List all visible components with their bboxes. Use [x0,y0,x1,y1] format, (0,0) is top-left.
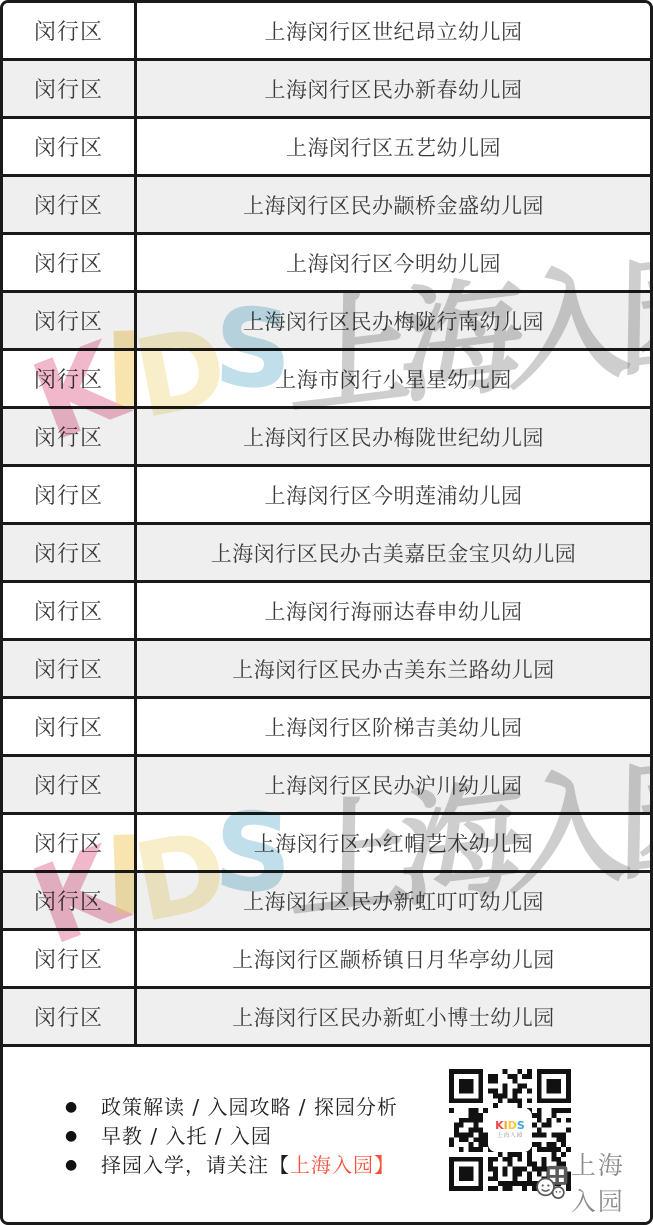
table-row: 闵行区上海市闵行小星星幼儿园 [3,351,650,409]
qr-logo-text: 上海入园 [497,1132,523,1140]
district-cell: 闵行区 [3,699,137,754]
bullet-text: 择园入学，请关注【上海入园】 [101,1151,395,1180]
bullet-item-topics: ● 政策解读 / 入园攻略 / 探园分析 [65,1093,398,1122]
bullet-dot-icon: ● [65,1093,87,1122]
table-row: 闵行区上海闵行区民办颛桥金盛幼儿园 [3,177,650,235]
district-cell: 闵行区 [3,351,137,406]
kindergarten-name-cell: 上海闵行区民办新虹小博士幼儿园 [137,989,650,1044]
wechat-logo-text: 上海入园 [571,1146,650,1218]
table-row: 闵行区上海闵行区世纪昂立幼儿园 [3,3,650,61]
qr-kids-logo: KIDS [495,1120,525,1132]
district-cell: 闵行区 [3,235,137,290]
kindergarten-name-cell: 上海闵行区民办梅陇行南幼儿园 [137,293,650,348]
wechat-bubbles-icon [535,1159,569,1205]
kindergarten-name-cell: 上海市闵行小星星幼儿园 [137,351,650,406]
district-cell: 闵行区 [3,583,137,638]
kindergarten-name-cell: 上海闵行区小红帽艺术幼儿园 [137,815,650,870]
district-cell: 闵行区 [3,61,137,116]
follow-text: 择园入学，请关注【 [101,1153,290,1177]
brand-name-highlight: 上海入园】 [290,1153,395,1177]
kindergarten-name-cell: 上海闵行区世纪昂立幼儿园 [137,3,650,58]
kindergarten-name-cell: 上海闵行区民办古美东兰路幼儿园 [137,641,650,696]
table-row: 闵行区上海闵行区民办新虹小博士幼儿园 [3,989,650,1047]
bullet-dot-icon: ● [65,1151,87,1180]
kindergarten-name-cell: 上海闵行区民办新春幼儿园 [137,61,650,116]
table-row: 闵行区上海闵行区颛桥镇日月华亭幼儿园 [3,931,650,989]
kindergarten-name-cell: 上海闵行区民办新虹叮叮幼儿园 [137,873,650,928]
district-cell: 闵行区 [3,815,137,870]
kindergarten-name-cell: 上海闵行区五艺幼儿园 [137,119,650,174]
kindergarten-name-cell: 上海闵行区阶梯吉美幼儿园 [137,699,650,754]
table-row: 闵行区上海闵行区今明幼儿园 [3,235,650,293]
table-row: 闵行区上海闵行区五艺幼儿园 [3,119,650,177]
kindergarten-name-cell: 上海闵行区民办古美嘉臣金宝贝幼儿园 [137,525,650,580]
qr-center-logo: KIDS 上海入园 [490,1110,530,1150]
table-row: 闵行区上海闵行区民办古美东兰路幼儿园 [3,641,650,699]
district-cell: 闵行区 [3,119,137,174]
district-cell: 闵行区 [3,177,137,232]
district-cell: 闵行区 [3,757,137,812]
kindergarten-name-cell: 上海闵行区今明莲浦幼儿园 [137,467,650,522]
table-row: 闵行区上海闵行区民办梅陇行南幼儿园 [3,293,650,351]
page: 闵行区上海闵行区世纪昂立幼儿园闵行区上海闵行区民办新春幼儿园闵行区上海闵行区五艺… [0,0,653,1225]
district-cell: 闵行区 [3,3,137,58]
table-row: 闵行区上海闵行区民办新春幼儿园 [3,61,650,119]
table-row: 闵行区上海闵行海丽达春申幼儿园 [3,583,650,641]
bullet-text: 早教 / 入托 / 入园 [101,1122,272,1151]
kindergarten-name-cell: 上海闵行海丽达春申幼儿园 [137,583,650,638]
bullet-dot-icon: ● [65,1122,87,1151]
district-cell: 闵行区 [3,293,137,348]
table-row: 闵行区上海闵行区民办新虹叮叮幼儿园 [3,873,650,931]
district-cell: 闵行区 [3,525,137,580]
footer: ● 政策解读 / 入园攻略 / 探园分析 ● 早教 / 入托 / 入园 ● 择园… [3,1047,650,1222]
table-row: 闵行区上海闵行区民办古美嘉臣金宝贝幼儿园 [3,525,650,583]
wechat-brand-logo: 上海入园 [535,1146,650,1218]
kindergarten-name-cell: 上海闵行区今明幼儿园 [137,235,650,290]
table-row: 闵行区上海闵行区小红帽艺术幼儿园 [3,815,650,873]
table-row: 闵行区上海闵行区阶梯吉美幼儿园 [3,699,650,757]
district-cell: 闵行区 [3,931,137,986]
table-row: 闵行区上海闵行区今明莲浦幼儿园 [3,467,650,525]
kindergarten-table: 闵行区上海闵行区世纪昂立幼儿园闵行区上海闵行区民办新春幼儿园闵行区上海闵行区五艺… [3,3,650,1047]
kindergarten-name-cell: 上海闵行区民办梅陇世纪幼儿园 [137,409,650,464]
district-cell: 闵行区 [3,989,137,1044]
table-row: 闵行区上海闵行区民办梅陇世纪幼儿园 [3,409,650,467]
district-cell: 闵行区 [3,409,137,464]
kindergarten-name-cell: 上海闵行区颛桥镇日月华亭幼儿园 [137,931,650,986]
table-row: 闵行区上海闵行区民办沪川幼儿园 [3,757,650,815]
bullet-item-services: ● 早教 / 入托 / 入园 [65,1122,398,1151]
kindergarten-name-cell: 上海闵行区民办颛桥金盛幼儿园 [137,177,650,232]
bullet-list: ● 政策解读 / 入园攻略 / 探园分析 ● 早教 / 入托 / 入园 ● 择园… [65,1093,398,1180]
district-cell: 闵行区 [3,873,137,928]
district-cell: 闵行区 [3,467,137,522]
bullet-item-follow: ● 择园入学，请关注【上海入园】 [65,1151,398,1180]
kindergarten-name-cell: 上海闵行区民办沪川幼儿园 [137,757,650,812]
bullet-text: 政策解读 / 入园攻略 / 探园分析 [101,1093,398,1122]
district-cell: 闵行区 [3,641,137,696]
